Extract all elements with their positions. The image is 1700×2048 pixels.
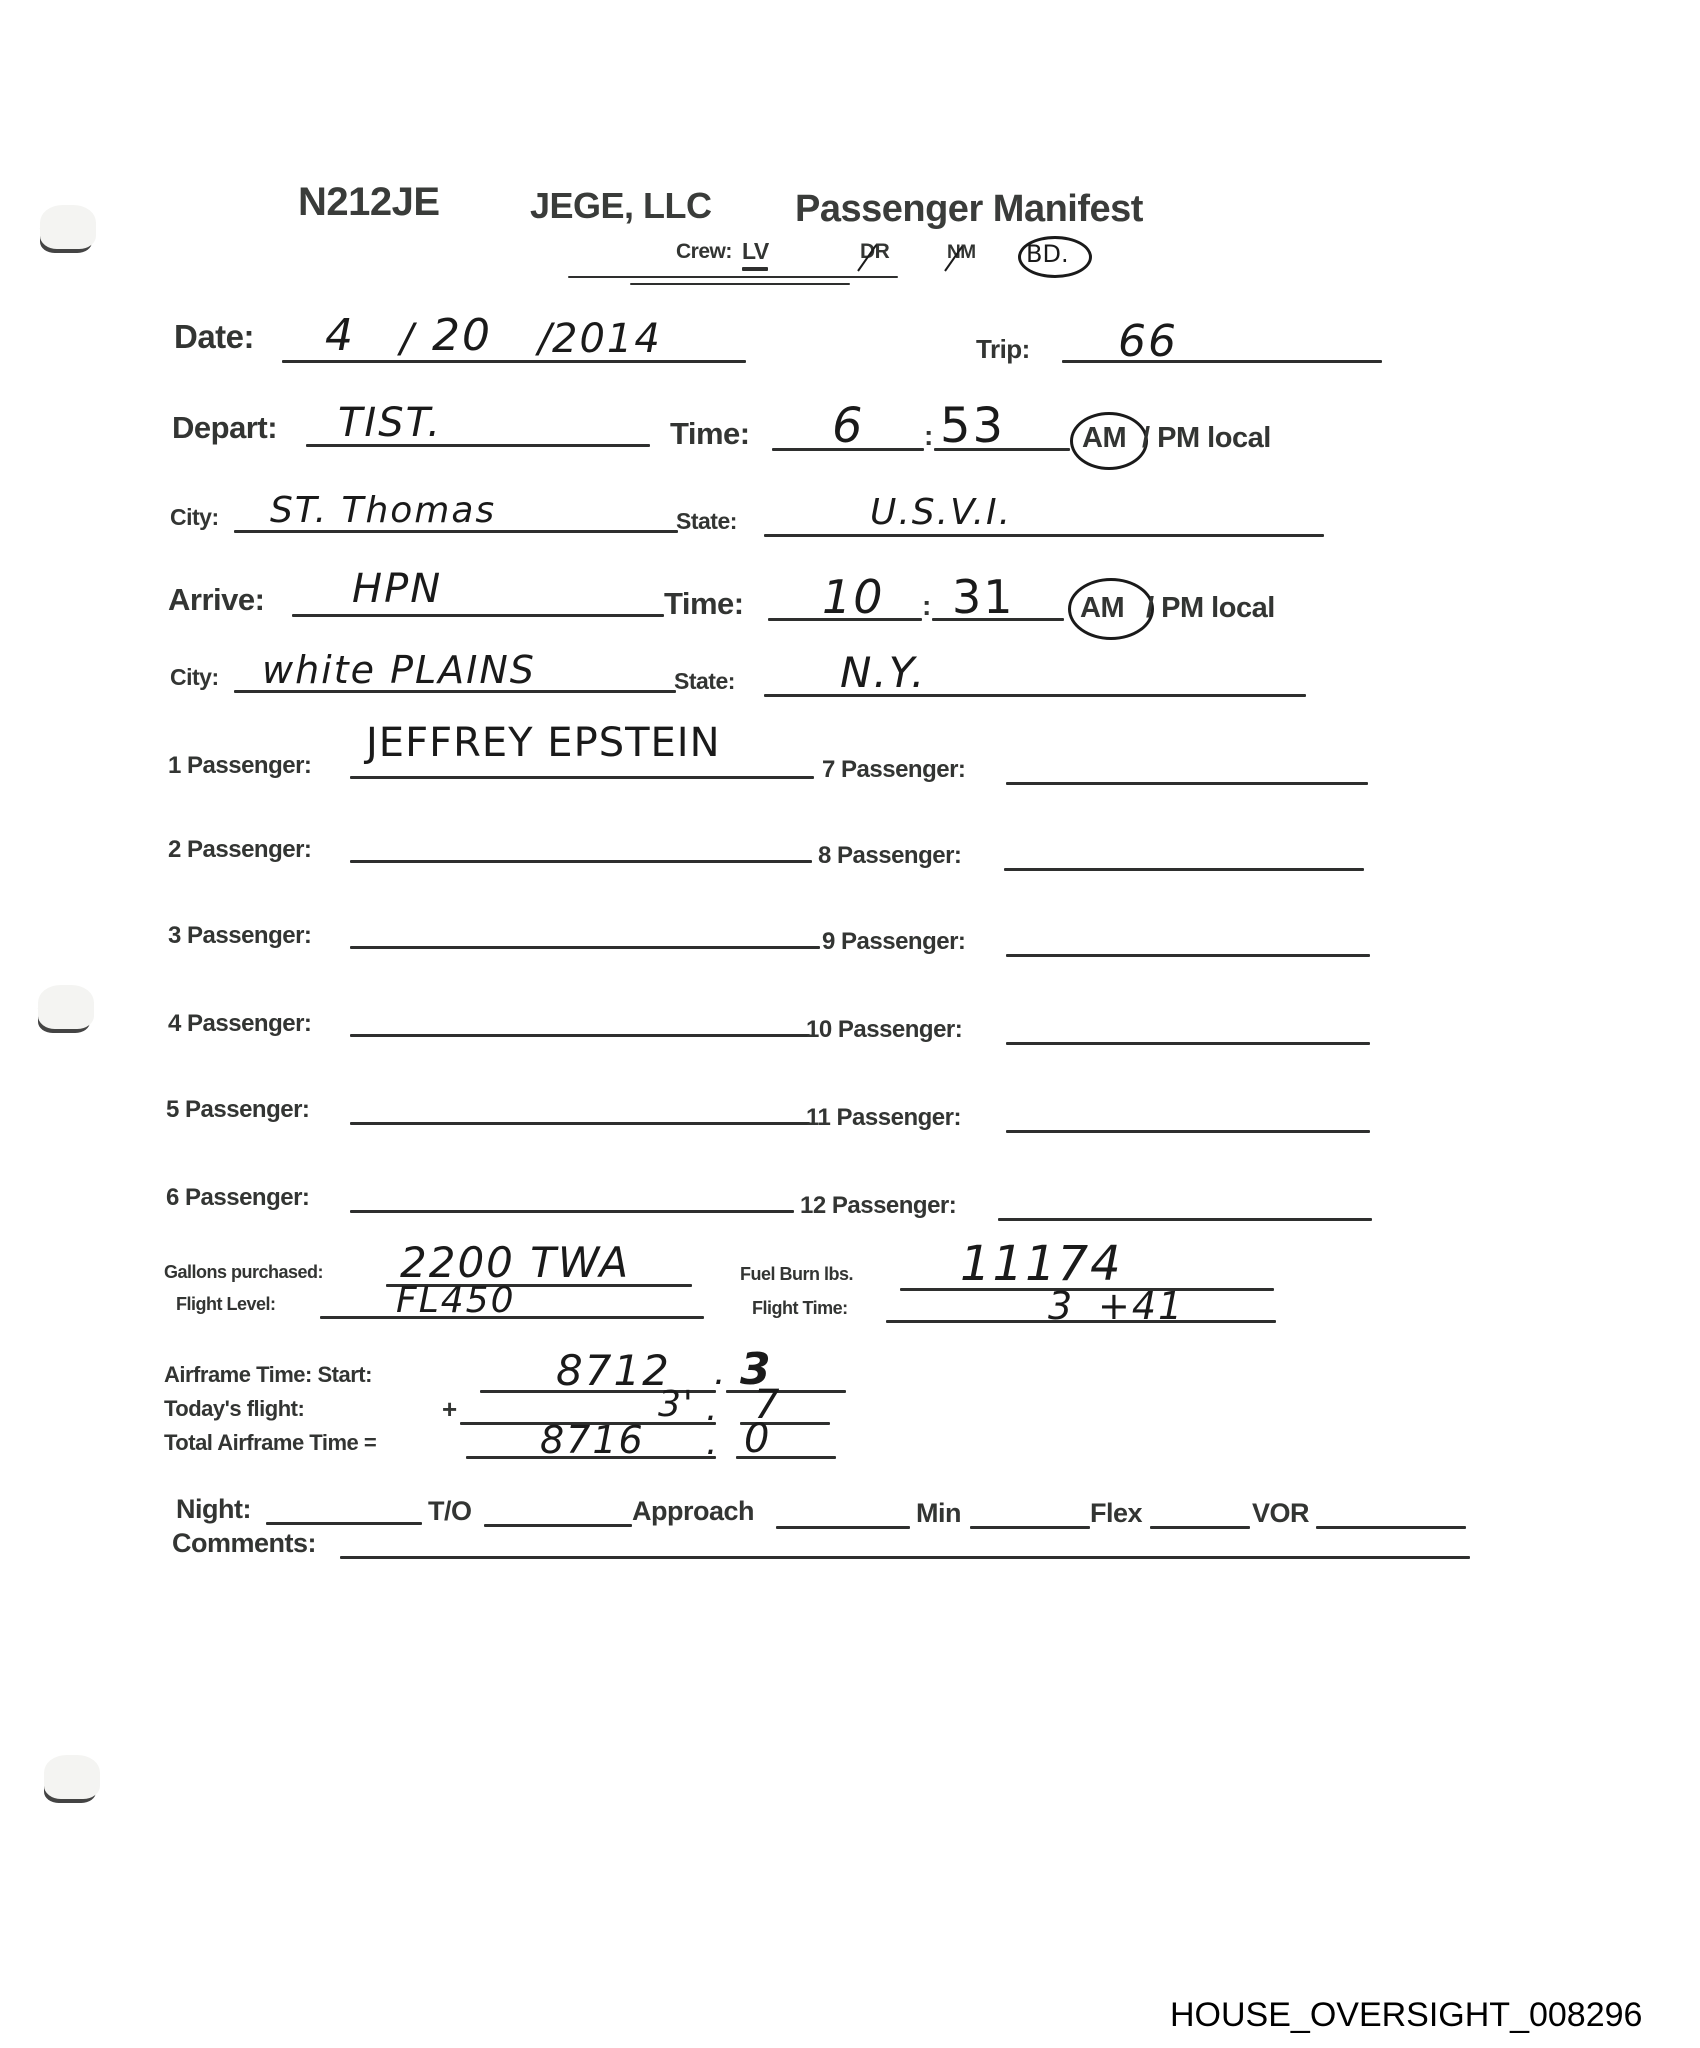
takeoff-line[interactable] <box>484 1524 632 1527</box>
arrive-time-colon: : <box>922 590 931 622</box>
date-month: 4 <box>325 310 355 361</box>
vor-label: VOR <box>1252 1498 1309 1529</box>
depart-label: Depart: <box>172 410 277 446</box>
flight-time-label: Flight Time: <box>752 1298 848 1319</box>
passenger-5-line[interactable] <box>350 1122 810 1125</box>
flight-level-label: Flight Level: <box>176 1294 276 1315</box>
passenger-2-label: 2 Passenger: <box>168 836 311 864</box>
arrive-am-circle <box>1068 578 1154 640</box>
passenger-8-line[interactable] <box>1004 868 1364 871</box>
passenger-3-line[interactable] <box>350 946 820 949</box>
passenger-12-line[interactable] <box>998 1218 1372 1221</box>
header-rule <box>568 276 898 278</box>
arrive-field-line[interactable] <box>292 614 664 617</box>
depart-state-line[interactable] <box>764 534 1324 537</box>
total-airframe-label: Total Airframe Time = <box>164 1430 376 1456</box>
arrive-time-label: Time: <box>664 586 744 622</box>
min-label: Min <box>916 1498 961 1529</box>
depart-time-colon: : <box>924 420 933 452</box>
todays-flight-whole: 3' <box>658 1384 695 1425</box>
tail-number: N212JE <box>298 180 440 225</box>
crew-lv: LV <box>742 238 769 265</box>
fuel-burn-label: Fuel Burn lbs. <box>740 1264 853 1285</box>
flight-time-line[interactable] <box>886 1320 1276 1323</box>
min-line[interactable] <box>970 1526 1090 1529</box>
airframe-start-dot: . <box>714 1352 727 1393</box>
passenger-12-label: 12 Passenger: <box>800 1192 956 1220</box>
passenger-6-label: 6 Passenger: <box>166 1184 309 1212</box>
depart-state: U.S.V.I. <box>870 492 1012 533</box>
passenger-1-line[interactable] <box>350 776 814 779</box>
form-title: Passenger Manifest <box>795 188 1143 231</box>
approach-line[interactable] <box>776 1526 910 1529</box>
crew-bd-circle <box>1018 236 1092 278</box>
night-line[interactable] <box>266 1522 422 1525</box>
passenger-10-label: 10 Passenger: <box>806 1016 962 1044</box>
depart-minute: 53 <box>940 398 1005 454</box>
flight-time-hours: 3 <box>1048 1284 1074 1328</box>
date-year: 2014 <box>552 316 662 362</box>
todays-flight-label: Today's flight: <box>164 1396 304 1422</box>
approach-label: Approach <box>632 1496 754 1527</box>
crew-label: Crew: <box>676 240 732 264</box>
vor-line[interactable] <box>1316 1526 1466 1529</box>
total-airframe-whole: 8716 <box>540 1418 645 1462</box>
arrive-state-label: State: <box>674 668 735 695</box>
depart-am-circle <box>1070 412 1148 470</box>
passenger-2-line[interactable] <box>350 860 812 863</box>
passenger-1-label: 1 Passenger: <box>168 752 311 780</box>
takeoff-label: T/O <box>428 1496 472 1527</box>
trip-number: 66 <box>1118 316 1178 367</box>
airframe-start-whole: 8712 <box>556 1346 671 1395</box>
arrive-minute: 31 <box>952 570 1015 624</box>
depart-city-label: City: <box>170 504 219 531</box>
passenger-9-line[interactable] <box>1006 954 1370 957</box>
passenger-4-label: 4 Passenger: <box>168 1010 311 1038</box>
punch-hole-top <box>40 205 96 249</box>
passenger-5-label: 5 Passenger: <box>166 1096 309 1124</box>
date-separator-1: / <box>400 316 415 362</box>
arrive-city-label: City: <box>170 664 219 691</box>
passenger-7-line[interactable] <box>1006 782 1368 785</box>
trip-field-line[interactable] <box>1062 360 1382 363</box>
depart-pm-option[interactable]: / PM local <box>1142 422 1271 455</box>
date-label: Date: <box>174 318 254 356</box>
depart-hour: 6 <box>832 398 865 454</box>
gallons-label: Gallons purchased: <box>164 1262 323 1283</box>
arrive-hour: 10 <box>822 570 885 624</box>
comments-line[interactable] <box>340 1556 1470 1559</box>
depart-airport: TIST. <box>338 400 442 446</box>
arrive-pm-option[interactable]: / PM local <box>1146 592 1275 625</box>
flex-label: Flex <box>1090 1498 1142 1529</box>
bates-number: HOUSE_OVERSIGHT_008296 <box>1170 1996 1642 2035</box>
depart-time-label: Time: <box>670 416 750 452</box>
flight-level-value: FL450 <box>396 1280 515 1321</box>
total-airframe-tenths: 0 <box>744 1416 771 1462</box>
punch-hole-bottom <box>44 1755 100 1799</box>
comments-label: Comments: <box>172 1528 316 1559</box>
passenger-4-line[interactable] <box>350 1034 810 1037</box>
arrive-city: white PLAINS <box>262 648 536 692</box>
arrive-state: N.Y. <box>840 648 926 697</box>
date-day: 20 <box>432 310 492 361</box>
flex-line[interactable] <box>1150 1526 1250 1529</box>
depart-state-label: State: <box>676 508 737 535</box>
flight-time-minutes: +41 <box>1098 1284 1184 1328</box>
passenger-1-name: JEFFREY EPSTEIN <box>366 720 721 766</box>
arrive-airport: HPN <box>352 566 442 612</box>
passenger-11-line[interactable] <box>1006 1130 1370 1133</box>
night-label: Night: <box>176 1494 251 1525</box>
passenger-10-line[interactable] <box>1006 1042 1370 1045</box>
company-name: JEGE, LLC <box>530 185 712 227</box>
header-rule-2 <box>630 283 850 285</box>
depart-city: ST. Thomas <box>270 490 496 531</box>
passenger-6-line[interactable] <box>350 1210 794 1213</box>
total-airframe-dot: . <box>706 1422 719 1463</box>
arrive-label: Arrive: <box>168 582 264 618</box>
passenger-7-label: 7 Passenger: <box>822 756 965 784</box>
trip-label: Trip: <box>976 334 1030 365</box>
crew-lv-underline <box>742 267 768 271</box>
passenger-9-label: 9 Passenger: <box>822 928 965 956</box>
passenger-3-label: 3 Passenger: <box>168 922 311 950</box>
passenger-11-label: 11 Passenger: <box>806 1104 961 1132</box>
airframe-start-label: Airframe Time: Start: <box>164 1362 372 1388</box>
passenger-8-label: 8 Passenger: <box>818 842 961 870</box>
punch-hole-middle <box>38 985 94 1029</box>
todays-flight-plus: + <box>442 1394 457 1425</box>
